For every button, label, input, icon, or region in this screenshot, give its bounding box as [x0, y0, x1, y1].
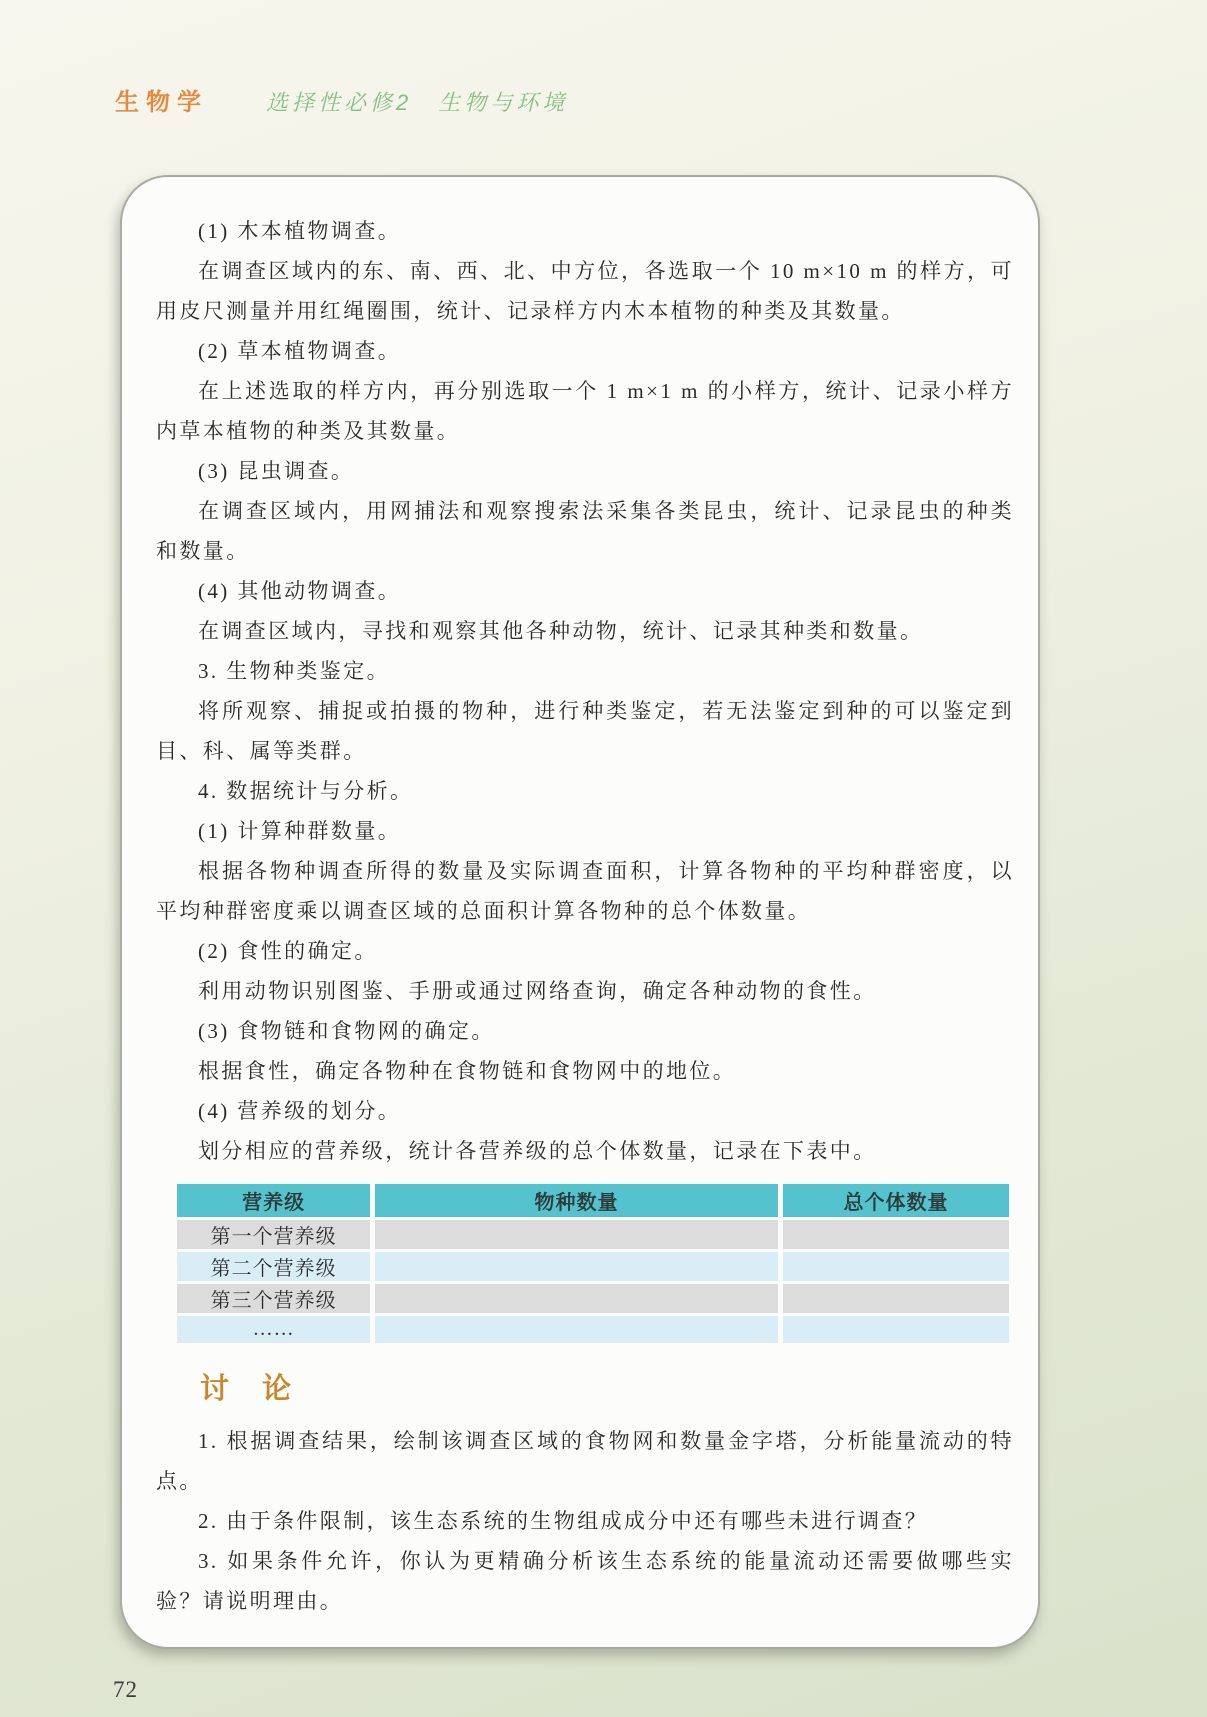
- table-row: 第一个营养级: [177, 1220, 1009, 1249]
- species-count-cell: [375, 1316, 778, 1343]
- table-header-cell: 总个体数量: [783, 1184, 1009, 1217]
- body-paragraph: (3) 昆虫调查。: [156, 451, 1014, 491]
- table-header-cell: 物种数量: [375, 1184, 778, 1217]
- total-count-cell: [783, 1220, 1009, 1249]
- body-paragraph: 利用动物识别图鉴、手册或通过网络查询，确定各种动物的食性。: [156, 971, 1014, 1011]
- table-header-row: 营养级物种数量总个体数量: [177, 1184, 1009, 1217]
- total-count-cell: [783, 1284, 1009, 1313]
- body-paragraph: (1) 木本植物调查。: [156, 211, 1014, 251]
- discussion-item: 1. 根据调查结果，绘制该调查区域的食物网和数量金字塔，分析能量流动的特点。: [156, 1421, 1014, 1501]
- body-paragraph: (2) 食性的确定。: [156, 931, 1014, 971]
- body-paragraph: 将所观察、捕捉或拍摄的物种，进行种类鉴定，若无法鉴定到种的可以鉴定到目、科、属等…: [156, 691, 1014, 771]
- body-paragraph: 在调查区域内，用网捕法和观察搜索法采集各类昆虫，统计、记录昆虫的种类和数量。: [156, 491, 1014, 571]
- species-count-cell: [375, 1220, 778, 1249]
- species-count-cell: [375, 1284, 778, 1313]
- discussion-item: 3. 如果条件允许，你认为更精确分析该生态系统的能量流动还需要做哪些实验？请说明…: [156, 1541, 1014, 1621]
- body-paragraph: 根据食性，确定各物种在食物链和食物网中的地位。: [156, 1051, 1014, 1091]
- body-paragraph: 在上述选取的样方内，再分别选取一个 1 m×1 m 的小样方，统计、记录小样方内…: [156, 371, 1014, 451]
- trophic-level-cell: 第一个营养级: [177, 1220, 370, 1249]
- body-paragraph: (2) 草本植物调查。: [156, 331, 1014, 371]
- textbook-page: 生物学选择性必修2 生物与环境 (1) 木本植物调查。在调查区域内的东、南、西、…: [0, 0, 1207, 1717]
- body-paragraph: (3) 食物链和食物网的确定。: [156, 1011, 1014, 1051]
- subject-title: 生物学: [115, 89, 208, 116]
- total-count-cell: [783, 1316, 1009, 1343]
- body-paragraph: 划分相应的营养级，统计各营养级的总个体数量，记录在下表中。: [156, 1131, 1014, 1171]
- body-paragraph: (1) 计算种群数量。: [156, 811, 1014, 851]
- body-paragraph: (4) 其他动物调查。: [156, 571, 1014, 611]
- table-row: 第三个营养级: [177, 1284, 1009, 1313]
- page-number: 72: [113, 1677, 138, 1702]
- total-count-cell: [783, 1252, 1009, 1281]
- content-box: (1) 木本植物调查。在调查区域内的东、南、西、北、中方位，各选取一个 10 m…: [120, 175, 1040, 1649]
- page-header: 生物学选择性必修2 生物与环境: [0, 0, 1207, 117]
- body-paragraph: 4. 数据统计与分析。: [156, 771, 1014, 811]
- trophic-level-table: 营养级物种数量总个体数量 第一个营养级 第二个营养级 第三个营养级: [172, 1181, 1014, 1346]
- body-paragraph: 根据各物种调查所得的数量及实际调查面积，计算各物种的平均种群密度，以平均种群密度…: [156, 851, 1014, 931]
- table-body: 第一个营养级 第二个营养级 第三个营养级 ……: [177, 1220, 1009, 1343]
- discussion-heading: 讨 论: [200, 1366, 1014, 1407]
- body-paragraph: 在调查区域内，寻找和观察其他各种动物，统计、记录其种类和数量。: [156, 611, 1014, 651]
- trophic-level-cell: 第三个营养级: [177, 1284, 370, 1313]
- discussion-section: 讨 论 1. 根据调查结果，绘制该调查区域的食物网和数量金字塔，分析能量流动的特…: [156, 1366, 1014, 1621]
- trophic-level-cell: 第二个营养级: [177, 1252, 370, 1281]
- discussion-item: 2. 由于条件限制，该生态系统的生物组成成分中还有哪些未进行调查？: [156, 1501, 1014, 1541]
- course-title: 选择性必修2 生物与环境: [266, 90, 568, 115]
- body-paragraph: 在调查区域内的东、南、西、北、中方位，各选取一个 10 m×10 m 的样方，可…: [156, 251, 1014, 331]
- procedure-text: (1) 木本植物调查。在调查区域内的东、南、西、北、中方位，各选取一个 10 m…: [156, 211, 1014, 1171]
- body-paragraph: (4) 营养级的划分。: [156, 1091, 1014, 1131]
- species-count-cell: [375, 1252, 778, 1281]
- table-row: 第二个营养级: [177, 1252, 1009, 1281]
- trophic-level-cell: ……: [177, 1316, 370, 1343]
- table-header-cell: 营养级: [177, 1184, 370, 1217]
- page-footer: 72: [113, 1677, 1207, 1703]
- body-paragraph: 3. 生物种类鉴定。: [156, 651, 1014, 691]
- table-row: ……: [177, 1316, 1009, 1343]
